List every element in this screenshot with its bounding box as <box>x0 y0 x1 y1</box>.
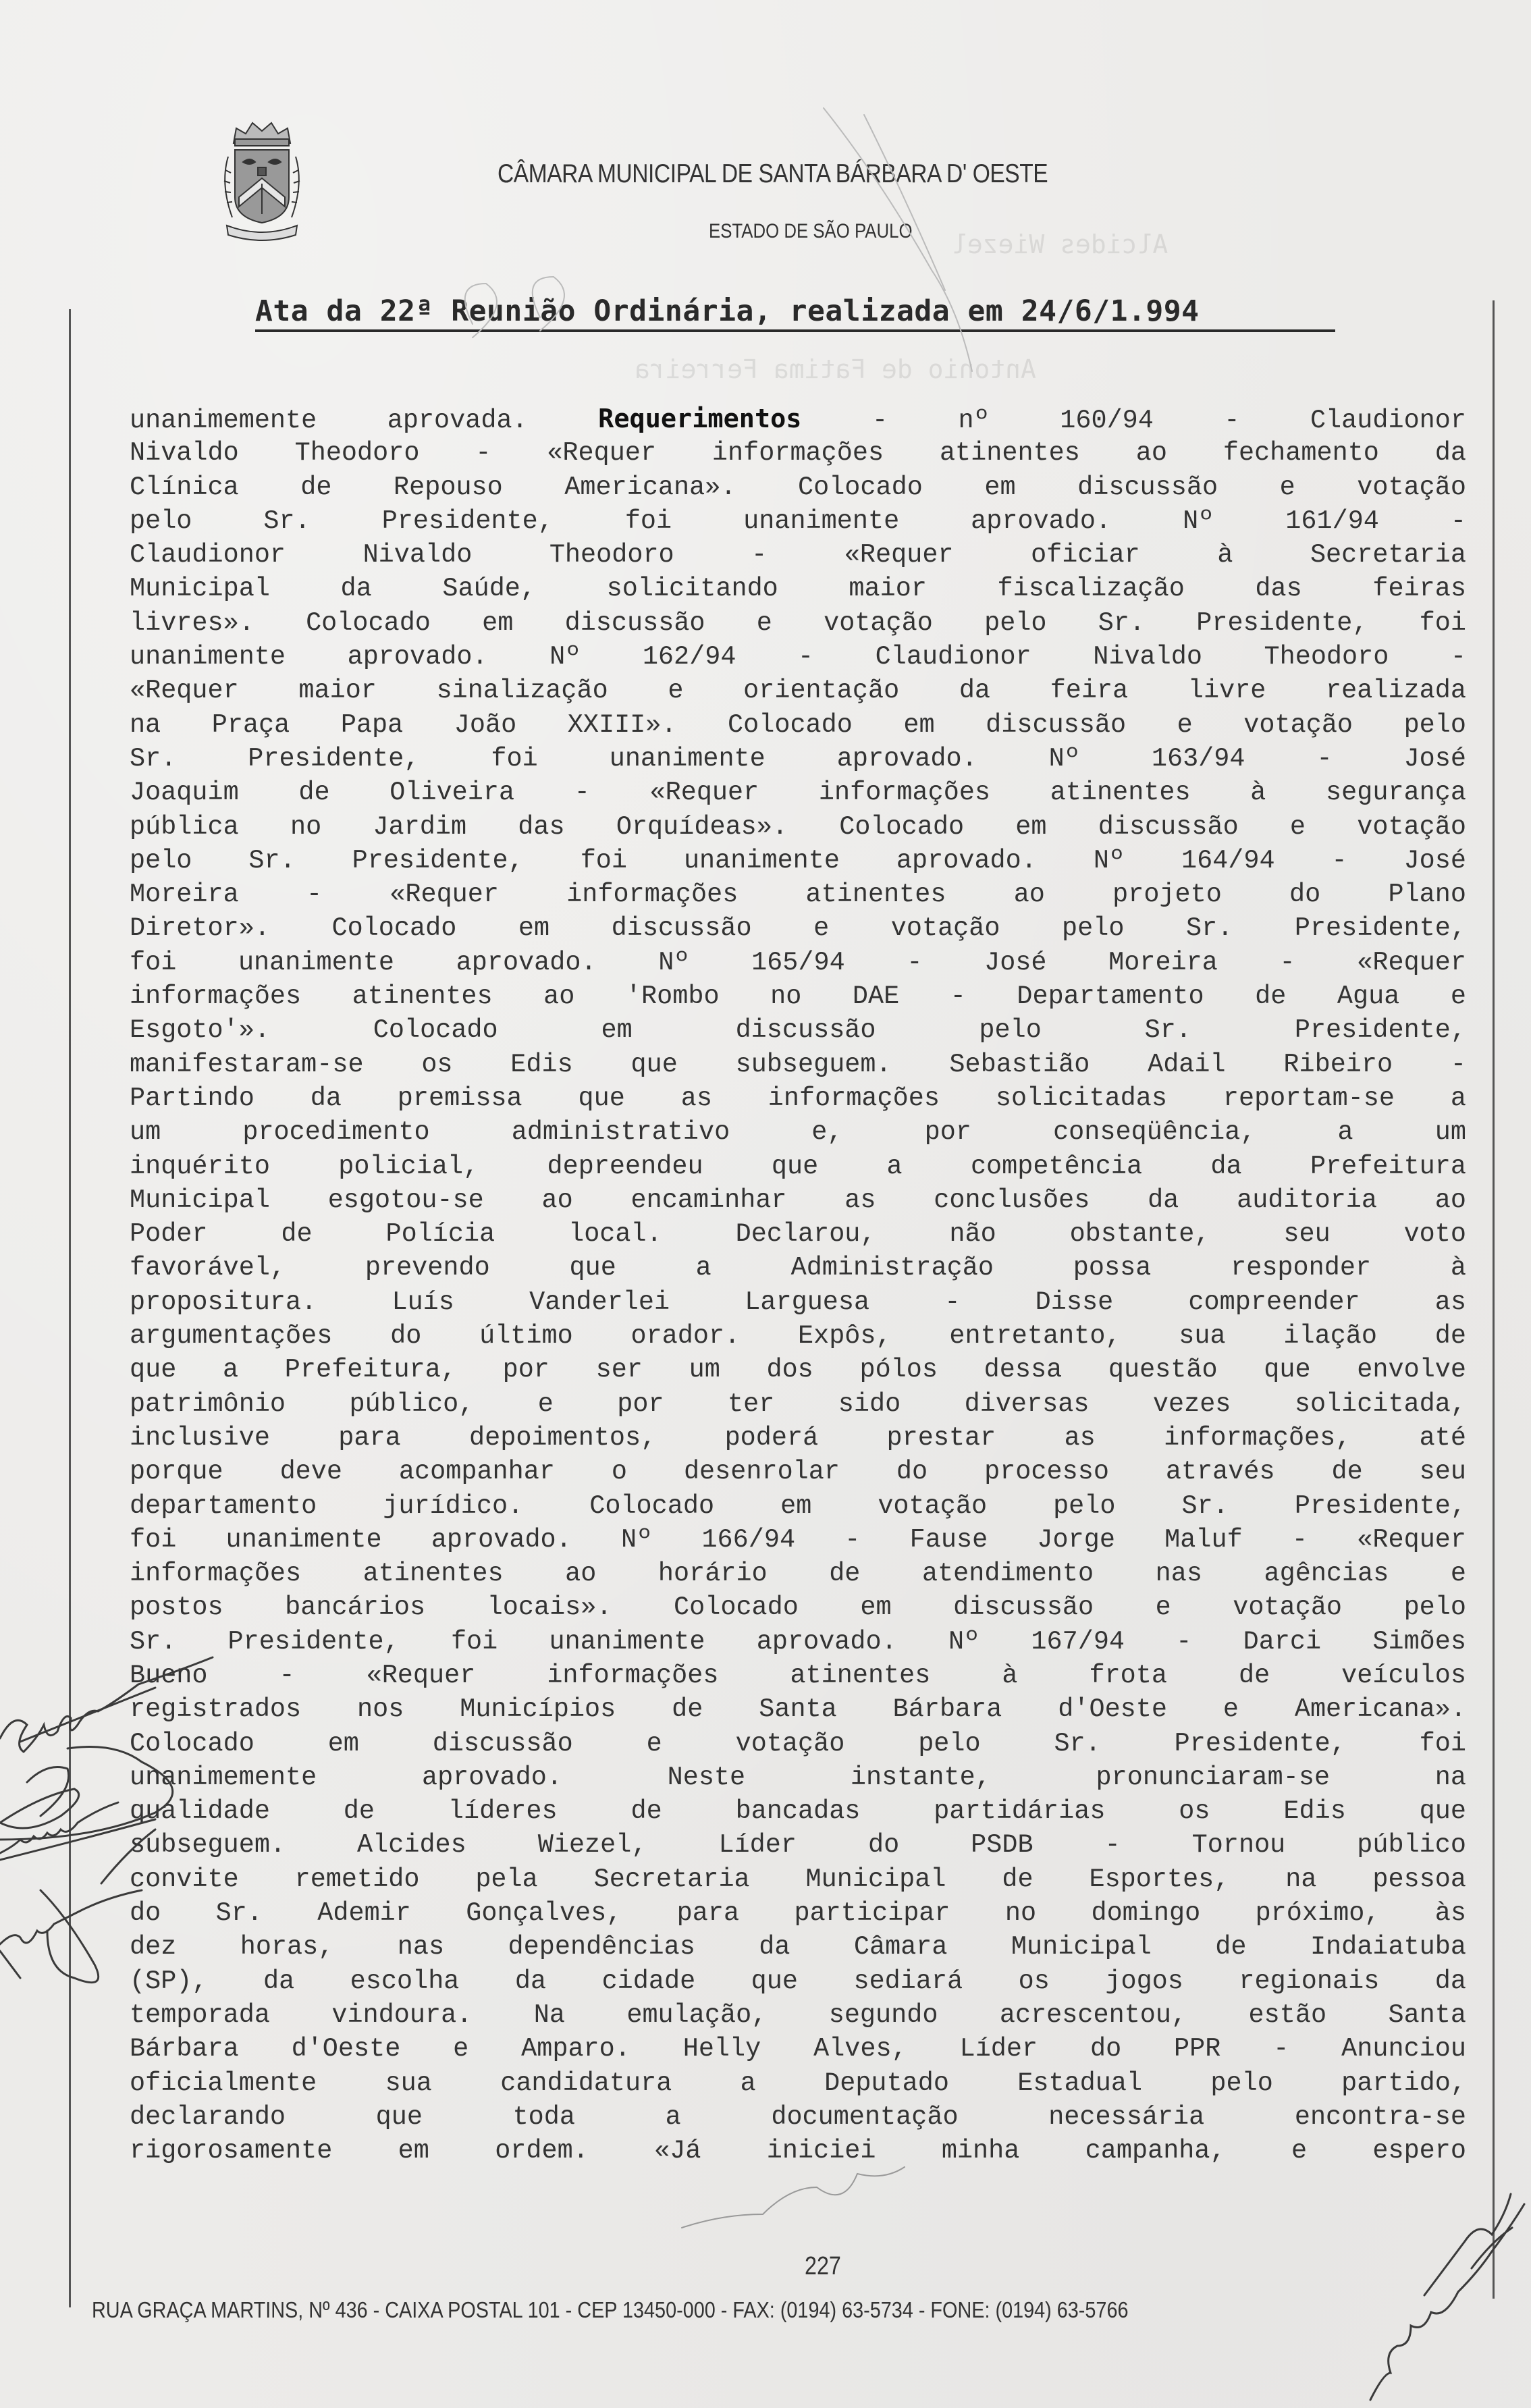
minutes-line: Moreira - «Requer informações atinentes … <box>130 878 1466 911</box>
minutes-line: unanimemente aprovado. Neste instante, p… <box>130 1761 1466 1794</box>
minutes-line: dez horas, nas dependências da Câmara Mu… <box>130 1930 1466 1964</box>
minutes-line: inclusive para depoimentos, poderá prest… <box>130 1421 1466 1455</box>
minutes-line: manifestaram-se os Edis que subseguem. S… <box>130 1048 1466 1081</box>
minutes-line: informações atinentes ao 'Rombo no DAE -… <box>130 980 1466 1013</box>
minutes-line: argumentações do último orador. Expôs, e… <box>130 1319 1466 1353</box>
minutes-line: Sr. Presidente, foi unanimente aprovado.… <box>130 742 1466 776</box>
minutes-line: Colocado em discussão e votação pelo Sr.… <box>130 1727 1466 1761</box>
right-margin-rule <box>1493 300 1495 2299</box>
minutes-line: Claudionor Nivaldo Theodoro - «Requer of… <box>130 538 1466 572</box>
minutes-line: qualidade de líderes de bancadas partidá… <box>130 1794 1466 1828</box>
document-title: Ata da 22ª Reunião Ordinária, realizada … <box>255 294 1335 332</box>
minutes-line: informações atinentes ao horário de aten… <box>130 1557 1466 1590</box>
minutes-line: inquérito policial, depreendeu que a com… <box>130 1150 1466 1183</box>
minutes-line: do Sr. Ademir Gonçalves, para participar… <box>130 1896 1466 1930</box>
minutes-body: unanimemente aprovada. Requerimentos - n… <box>130 402 1466 2168</box>
minutes-line: favorável, prevendo que a Administração … <box>130 1251 1466 1285</box>
page-number: 227 <box>805 2252 841 2281</box>
minutes-line: convite remetido pela Secretaria Municip… <box>130 1863 1466 1896</box>
footer-address: RUA GRAÇA MARTINS, Nº 436 - CAIXA POSTAL… <box>92 2298 1128 2324</box>
minutes-line: propositura. Luís Vanderlei Larguesa - D… <box>130 1285 1466 1319</box>
organization-state: ESTADO DE SÃO PAULO <box>709 220 913 243</box>
minutes-line: Nivaldo Theodoro - «Requer informações a… <box>130 436 1466 470</box>
minutes-line: um procedimento administrativo e, por co… <box>130 1115 1466 1149</box>
minutes-line: temporada vindoura. Na emulação, segundo… <box>130 1998 1466 2032</box>
minutes-line: patrimônio público, e por ter sido diver… <box>130 1387 1466 1421</box>
organization-name: CÂMARA MUNICIPAL DE SANTA BÁRBARA D' OES… <box>498 159 1048 189</box>
section-heading: Requerimentos <box>598 404 801 434</box>
minutes-line: pelo Sr. Presidente, foi unanimente apro… <box>130 504 1466 538</box>
minutes-line: Bueno - «Requer informações atinentes à … <box>130 1659 1466 1692</box>
minutes-line: Bárbara d'Oeste e Amparo. Helly Alves, L… <box>130 2032 1466 2066</box>
minutes-line: Sr. Presidente, foi unanimente aprovado.… <box>130 1625 1466 1659</box>
minutes-line: Esgoto'». Colocado em discussão pelo Sr.… <box>130 1013 1466 1047</box>
minutes-line: livres». Colocado em discussão e votação… <box>130 606 1466 640</box>
minutes-line: que a Prefeitura, por ser um dos pólos d… <box>130 1353 1466 1387</box>
bleed-through-text: Alcides Wiezel <box>952 230 1168 259</box>
minutes-line: Municipal esgotou-se ao encaminhar as co… <box>130 1183 1466 1217</box>
minutes-line: oficialmente sua candidatura a Deputado … <box>130 2066 1466 2100</box>
bleed-through-text: Antonio de Fatima Ferreira <box>635 354 1036 384</box>
minutes-line: unanimente aprovado. Nº 162/94 - Claudio… <box>130 640 1466 674</box>
minutes-line: departamento jurídico. Colocado em votaç… <box>130 1489 1466 1523</box>
minutes-line: «Requer maior sinalização e orientação d… <box>130 674 1466 707</box>
minutes-line: (SP), da escolha da cidade que sediará o… <box>130 1964 1466 1998</box>
coat-of-arms-icon <box>208 116 316 244</box>
minutes-line: na Praça Papa João XXIII». Colocado em d… <box>130 708 1466 742</box>
minutes-line: Joaquim de Oliveira - «Requer informaçõe… <box>130 776 1466 809</box>
minutes-line: postos bancários locais». Colocado em di… <box>130 1590 1466 1624</box>
minutes-line: Municipal da Saúde, solicitando maior fi… <box>130 572 1466 606</box>
left-margin-rule <box>69 309 71 2307</box>
minutes-line: pelo Sr. Presidente, foi unanimente apro… <box>130 844 1466 878</box>
minutes-line: rigorosamente em ordem. «Já iniciei minh… <box>130 2134 1466 2168</box>
minutes-line: Poder de Polícia local. Declarou, não ob… <box>130 1217 1466 1251</box>
minutes-line: unanimemente aprovada. Requerimentos - n… <box>130 402 1466 436</box>
minutes-line: porque deve acompanhar o desenrolar do p… <box>130 1455 1466 1489</box>
minutes-line: Diretor». Colocado em discussão e votaçã… <box>130 911 1466 945</box>
minutes-line: Clínica de Repouso Americana». Colocado … <box>130 471 1466 504</box>
minutes-line: registrados nos Municípios de Santa Bárb… <box>130 1692 1466 1726</box>
minutes-line: subseguem. Alcides Wiezel, Líder do PSDB… <box>130 1828 1466 1862</box>
minutes-line: Partindo da premissa que as informações … <box>130 1081 1466 1115</box>
minutes-line: declarando que toda a documentação neces… <box>130 2100 1466 2134</box>
minutes-line: pública no Jardim das Orquídeas». Coloca… <box>130 810 1466 844</box>
minutes-line: foi unanimente aprovado. Nº 165/94 - Jos… <box>130 946 1466 980</box>
minutes-line: foi unanimente aprovado. Nº 166/94 - Fau… <box>130 1523 1466 1557</box>
